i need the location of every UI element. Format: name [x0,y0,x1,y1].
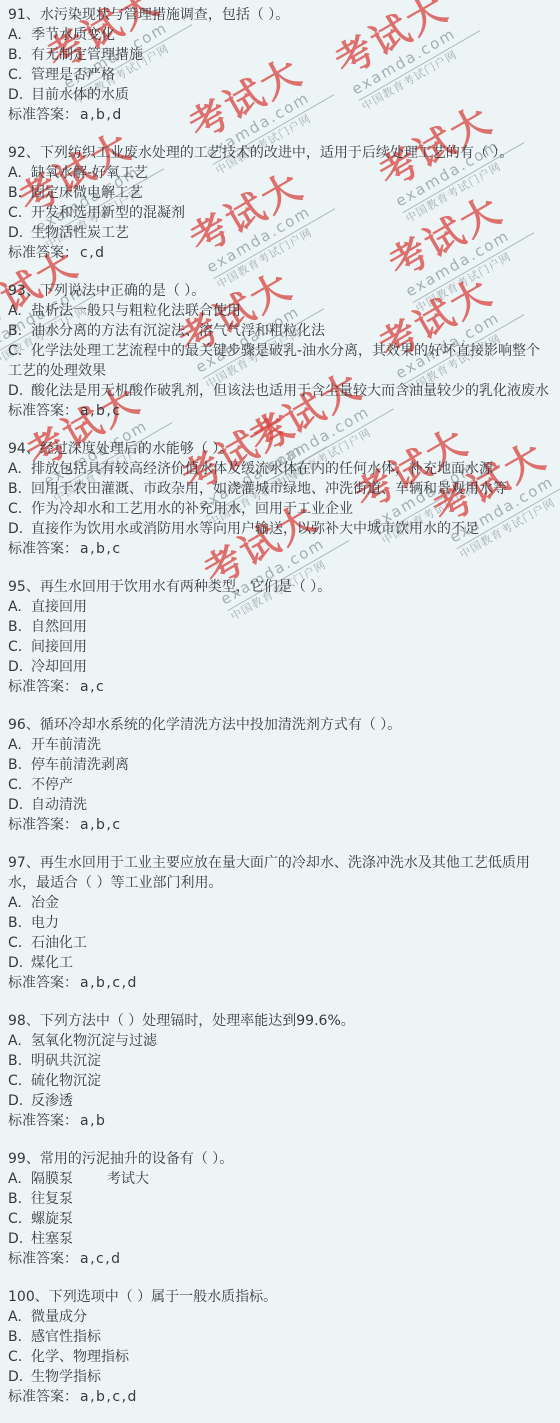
option-label: C. [8,1209,31,1229]
answer-value: a,b,c,d [80,975,138,991]
answer-value: a,b,c [80,541,122,557]
option-row: D.目前水体的水质 [8,85,552,105]
option-text: 煤化工 [31,955,73,971]
answer-line: 标准答案：a,b [8,1111,552,1131]
question-number: 94、 [8,441,40,457]
option-text: 明矾共沉淀 [31,1053,101,1069]
answer-label: 标准答案： [8,541,78,557]
question-stem-line: 93、下列说法中正确的是（ ）。 [8,281,552,301]
answer-line: 标准答案：a,b,c,d [8,1387,552,1407]
option-text: 冷却回用 [31,659,87,675]
option-label: B. [8,1051,31,1071]
answer-line: 标准答案：a,b,d [8,105,552,125]
option-row: D.生物活性炭工艺 [8,223,552,243]
answer-line: 标准答案：a,b,c [8,539,552,559]
option-label: C. [8,933,31,953]
option-text: 往复泵 [31,1191,73,1207]
option-text: 直接回用 [31,599,87,615]
question-stem-line: 91、水污染现状与管理措施调查，包括（ ）。 [8,5,552,25]
question-stem-line: 99、常用的污泥抽升的设备有（ ）。 [8,1149,552,1169]
option-list: A.隔膜泵考试大B.往复泵C.螺旋泵D.柱塞泵 [8,1169,552,1249]
option-text: 氢氧化物沉淀与过滤 [31,1033,157,1049]
question-number: 93、 [8,283,40,299]
answer-line: 标准答案：a,c,d [8,1249,552,1269]
option-text: 冶金 [31,895,59,911]
option-label: D. [8,953,31,973]
question-stem: 循环冷却水系统的化学清洗方法中投加清洗剂方式有（ ）。 [40,717,401,733]
option-label: C. [8,65,31,85]
answer-label: 标准答案： [8,1389,78,1405]
option-list: A.排放包括具有较高经济价值水体及缓流水体在内的任何水体，补充地面水源B.回用于… [8,459,552,539]
option-row: C.不停产 [8,775,552,795]
option-text: 柱塞泵 [31,1231,73,1247]
option-label: A. [8,597,31,617]
option-label: C. [8,775,31,795]
question-stem: 常用的污泥抽升的设备有（ ）。 [40,1151,233,1167]
option-label: D. [8,657,31,677]
option-label: D. [8,223,31,243]
option-label: D. [8,1367,31,1387]
option-label: B. [8,617,31,637]
option-text: 自动清洗 [31,797,87,813]
option-label: B. [8,479,31,499]
option-text: 自然回用 [31,619,87,635]
answer-label: 标准答案： [8,403,78,419]
question-block: 95、再生水回用于饮用水有两种类型，它们是（ ）。 A.直接回用B.自然回用C.… [8,577,552,697]
option-row: C.化学、物理指标 [8,1347,552,1367]
option-row: B.固定床微电解工艺 [8,183,552,203]
option-list: A.盐析法一般只与粗粒化法联合使用B.油水分离的方法有沉淀法、溶气气浮和粗粒化法… [8,301,552,401]
option-label: B. [8,1189,31,1209]
option-text: 微量成分 [31,1309,87,1325]
option-row: B.往复泵 [8,1189,552,1209]
option-row: D.冷却回用 [8,657,552,677]
answer-value: a,c,d [80,1251,122,1267]
question-number: 96、 [8,717,40,733]
option-label: A. [8,1031,31,1051]
answer-line: 标准答案：a,b,c [8,401,552,421]
option-row: C.作为冷却水和工艺用水的补充用水，回用于工业企业 [8,499,552,519]
option-label: D. [8,795,31,815]
question-block: 96、循环冷却水系统的化学清洗方法中投加清洗剂方式有（ ）。 A.开车前清洗B.… [8,715,552,835]
option-list: A.冶金B.电力C.石油化工D.煤化工 [8,893,552,973]
answer-value: a,b,c,d [80,1389,138,1405]
question-stem-line: 100、下列选项中（ ）属于一般水质指标。 [8,1287,552,1307]
answer-line: 标准答案：a,b,c [8,815,552,835]
question-block: 99、常用的污泥抽升的设备有（ ）。 A.隔膜泵考试大B.往复泵C.螺旋泵D.柱… [8,1149,552,1269]
question-stem-line: 95、再生水回用于饮用水有两种类型，它们是（ ）。 [8,577,552,597]
option-row: C.石油化工 [8,933,552,953]
answer-label: 标准答案： [8,245,78,261]
answer-value: a,c [80,679,105,695]
examda-inline-note: 考试大 [107,1171,149,1187]
option-text: 季节水质变化 [31,27,115,43]
option-label: A. [8,893,31,913]
option-row: A.季节水质变化 [8,25,552,45]
option-text: 有无制定管理措施 [31,47,143,63]
option-label: C. [8,1347,31,1367]
option-text: 目前水体的水质 [31,87,129,103]
option-text: 不停产 [31,777,73,793]
option-text: 回用于农田灌溉、市政杂用，如浇灌城市绿地、冲洗街道、车辆和景观用水等 [31,481,507,497]
option-text: 缺氧水解-好氧工艺 [31,165,148,181]
question-number: 91、 [8,7,40,23]
option-label: B. [8,1327,31,1347]
option-row: D.柱塞泵 [8,1229,552,1249]
option-text: 生物活性炭工艺 [31,225,129,241]
option-row: A.缺氧水解-好氧工艺 [8,163,552,183]
question-stem: 下列说法中正确的是（ ）。 [40,283,205,299]
option-row: A.排放包括具有较高经济价值水体及缓流水体在内的任何水体，补充地面水源 [8,459,552,479]
option-label: B. [8,913,31,933]
answer-line: 标准答案：c,d [8,243,552,263]
option-text: 螺旋泵 [31,1211,73,1227]
option-row: D.酸化法是用无机酸作破乳剂，但该法也适用于含尘量较大而含油量较少的乳化液废水 [8,381,552,401]
option-row: B.电力 [8,913,552,933]
question-stem-line: 98、下列方法中（ ）处理镉时，处理率能达到99.6%。 [8,1011,552,1031]
option-row: B.油水分离的方法有沉淀法、溶气气浮和粗粒化法 [8,321,552,341]
option-row: A.微量成分 [8,1307,552,1327]
option-text: 盐析法一般只与粗粒化法联合使用 [31,303,241,319]
question-stem: 经过深度处理后的水能够（ ）。 [40,441,233,457]
option-text: 酸化法是用无机酸作破乳剂，但该法也适用于含尘量较大而含油量较少的乳化液废水 [31,383,549,399]
option-row: D.生物学指标 [8,1367,552,1387]
option-row: C.管理是否严格 [8,65,552,85]
option-text: 停车前清洗剥离 [31,757,129,773]
question-block: 98、下列方法中（ ）处理镉时，处理率能达到99.6%。 A.氢氧化物沉淀与过滤… [8,1011,552,1131]
option-list: A.缺氧水解-好氧工艺B.固定床微电解工艺C.开发和选用新型的混凝剂D.生物活性… [8,163,552,243]
option-row: B.停车前清洗剥离 [8,755,552,775]
option-label: B. [8,755,31,775]
question-block: 91、水污染现状与管理措施调查，包括（ ）。 A.季节水质变化B.有无制定管理措… [8,5,552,125]
question-stem-line: 97、再生水回用于工业主要应放在量大面广的冷却水、洗涤冲洗水及其他工艺低质用水，… [8,853,552,893]
answer-line: 标准答案：a,c [8,677,552,697]
question-stem: 下列纺织工业废水处理的工艺技术的改进中，适用于后续处理工艺的有（ ）。 [40,145,513,161]
option-label: D. [8,1229,31,1249]
option-row: C.化学法处理工艺流程中的最关键步骤是破乳-油水分离，其效果的好坏直接影响整个工… [8,341,552,381]
answer-value: a,b,c [80,403,122,419]
question-stem: 下列选项中（ ）属于一般水质指标。 [49,1289,277,1305]
option-row: C.螺旋泵 [8,1209,552,1229]
option-row: B.感官性指标 [8,1327,552,1347]
option-row: D.反渗透 [8,1091,552,1111]
option-label: A. [8,25,31,45]
option-row: D.煤化工 [8,953,552,973]
question-stem-line: 94、经过深度处理后的水能够（ ）。 [8,439,552,459]
option-row: A.冶金 [8,893,552,913]
question-block: 93、下列说法中正确的是（ ）。 A.盐析法一般只与粗粒化法联合使用B.油水分离… [8,281,552,421]
option-text: 管理是否严格 [31,67,115,83]
option-label: A. [8,163,31,183]
option-text: 化学法处理工艺流程中的最关键步骤是破乳-油水分离，其效果的好坏直接影响整个工艺的… [8,343,540,379]
option-row: B.有无制定管理措施 [8,45,552,65]
option-row: B.自然回用 [8,617,552,637]
option-row: A.隔膜泵考试大 [8,1169,552,1189]
question-block: 97、再生水回用于工业主要应放在量大面广的冷却水、洗涤冲洗水及其他工艺低质用水，… [8,853,552,993]
option-row: C.开发和选用新型的混凝剂 [8,203,552,223]
answer-value: c,d [80,245,106,261]
answer-label: 标准答案： [8,817,78,833]
option-list: A.开车前清洗B.停车前清洗剥离C.不停产D.自动清洗 [8,735,552,815]
answer-label: 标准答案： [8,975,78,991]
option-row: A.盐析法一般只与粗粒化法联合使用 [8,301,552,321]
option-row: D.自动清洗 [8,795,552,815]
option-text: 开车前清洗 [31,737,101,753]
question-number: 98、 [8,1013,40,1029]
option-text: 间接回用 [31,639,87,655]
option-text: 石油化工 [31,935,87,951]
option-row: C.硫化物沉淀 [8,1071,552,1091]
option-row: B.明矾共沉淀 [8,1051,552,1071]
option-row: A.氢氧化物沉淀与过滤 [8,1031,552,1051]
answer-value: a,b,d [80,107,123,123]
question-number: 95、 [8,579,40,595]
option-label: D. [8,519,31,539]
option-row: A.直接回用 [8,597,552,617]
question-stem: 再生水回用于工业主要应放在量大面广的冷却水、洗涤冲洗水及其他工艺低质用水，最适合… [8,855,530,891]
question-number: 100、 [8,1289,49,1305]
option-label: A. [8,301,31,321]
option-list: A.直接回用B.自然回用C.间接回用D.冷却回用 [8,597,552,677]
option-row: C.间接回用 [8,637,552,657]
option-row: A.开车前清洗 [8,735,552,755]
option-label: B. [8,45,31,65]
option-text: 生物学指标 [31,1369,101,1385]
option-text: 油水分离的方法有沉淀法、溶气气浮和粗粒化法 [31,323,325,339]
option-label: C. [8,637,31,657]
option-label: D. [8,1091,31,1111]
option-label: C. [8,341,31,361]
option-text: 硫化物沉淀 [31,1073,101,1089]
option-list: A.微量成分B.感官性指标C.化学、物理指标D.生物学指标 [8,1307,552,1387]
question-stem-line: 96、循环冷却水系统的化学清洗方法中投加清洗剂方式有（ ）。 [8,715,552,735]
question-block: 94、经过深度处理后的水能够（ ）。 A.排放包括具有较高经济价值水体及缓流水体… [8,439,552,559]
option-list: A.氢氧化物沉淀与过滤B.明矾共沉淀C.硫化物沉淀D.反渗透 [8,1031,552,1111]
question-number: 97、 [8,855,40,871]
answer-value: a,b [80,1113,106,1129]
answer-label: 标准答案： [8,679,78,695]
question-number: 92、 [8,145,40,161]
answer-line: 标准答案：a,b,c,d [8,973,552,993]
option-label: B. [8,321,31,341]
question-stem: 下列方法中（ ）处理镉时，处理率能达到99.6%。 [40,1013,355,1029]
option-text: 固定床微电解工艺 [31,185,143,201]
option-row: B.回用于农田灌溉、市政杂用，如浇灌城市绿地、冲洗街道、车辆和景观用水等 [8,479,552,499]
question-block: 100、下列选项中（ ）属于一般水质指标。 A.微量成分B.感官性指标C.化学、… [8,1287,552,1407]
option-label: D. [8,85,31,105]
option-label: C. [8,203,31,223]
question-number: 99、 [8,1151,40,1167]
option-label: A. [8,459,31,479]
option-label: A. [8,735,31,755]
option-text: 开发和选用新型的混凝剂 [31,205,185,221]
option-row: D.直接作为饮用水或消防用水等向用户输送，以弥补大中城市饮用水的不足 [8,519,552,539]
question-stem: 再生水回用于饮用水有两种类型，它们是（ ）。 [40,579,331,595]
answer-label: 标准答案： [8,1251,78,1267]
option-label: B. [8,183,31,203]
exam-question-list: 91、水污染现状与管理措施调查，包括（ ）。 A.季节水质变化B.有无制定管理措… [0,0,560,1407]
option-text: 直接作为饮用水或消防用水等向用户输送，以弥补大中城市饮用水的不足 [31,521,479,537]
answer-label: 标准答案： [8,1113,78,1129]
option-label: A. [8,1307,31,1327]
option-text: 排放包括具有较高经济价值水体及缓流水体在内的任何水体，补充地面水源 [31,461,493,477]
option-text: 作为冷却水和工艺用水的补充用水，回用于工业企业 [31,501,353,517]
option-list: A.季节水质变化B.有无制定管理措施C.管理是否严格D.目前水体的水质 [8,25,552,105]
option-label: A. [8,1169,31,1189]
answer-label: 标准答案： [8,107,78,123]
option-text: 隔膜泵 [31,1171,73,1187]
option-text: 感官性指标 [31,1329,101,1345]
question-stem-line: 92、下列纺织工业废水处理的工艺技术的改进中，适用于后续处理工艺的有（ ）。 [8,143,552,163]
option-label: C. [8,1071,31,1091]
question-block: 92、下列纺织工业废水处理的工艺技术的改进中，适用于后续处理工艺的有（ ）。 A… [8,143,552,263]
option-text: 反渗透 [31,1093,73,1109]
answer-value: a,b,c [80,817,122,833]
option-label: D. [8,381,31,401]
option-label: C. [8,499,31,519]
question-stem: 水污染现状与管理措施调查，包括（ ）。 [40,7,289,23]
option-text: 化学、物理指标 [31,1349,129,1365]
option-text: 电力 [31,915,59,931]
